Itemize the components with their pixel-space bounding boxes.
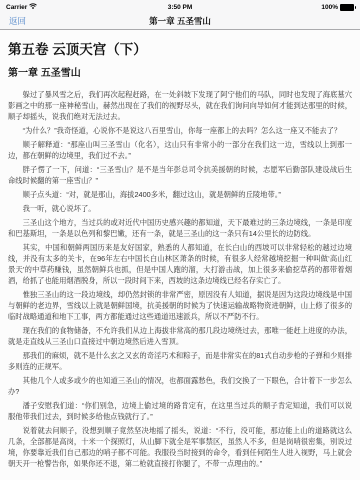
status-bar: Carrier 3:50 PM 100%: [0, 0, 360, 14]
reader-app-screen: Carrier 3:50 PM 100% 返回 第一章 五圣雪山 第五卷 云顶: [0, 0, 360, 480]
paragraph: 顺子解释道：“那座山叫三圣雪山（化名），这山只有非常小的一部分在我们这一边，雪线…: [8, 139, 352, 161]
paragraph: 那我们的麻烦，就不是什么玄之又玄的奇淫巧术和粽子，而是非常实在的81式自动步枪的…: [8, 350, 352, 372]
reading-area[interactable]: 第五卷 云顶天宫（下） 第一章 五圣雪山 躲过了暴风雪之后，我们再次起程赶路，在…: [0, 30, 360, 469]
chapter-title: 第一章 五圣雪山: [8, 68, 352, 80]
volume-title: 第五卷 云顶天宫（下）: [8, 42, 352, 58]
paragraph: 三圣山这个地方，当过兵的或对近代中国历史感兴趣的都知道，天下最难过的三条边境线，…: [8, 217, 352, 239]
paragraph: 潘子安慰我们道：“你们别急，边境上偷过境的路肯定有，在这里当过兵的顺子肯定知道，…: [8, 400, 352, 422]
navigation-bar: 返回 第一章 五圣雪山: [0, 14, 360, 29]
paragraph: 其他几个人或多或少的也知道三圣山的情况，也都面露愁色，我们交换了一下眼色，合计着…: [8, 375, 352, 397]
top-bar: Carrier 3:50 PM 100% 返回 第一章 五圣雪山: [0, 0, 360, 30]
paragraph: 躲过了暴风雪之后，我们再次起程赶路，在一处斜坡下发现了阿宁他们的马队，同时也发现…: [8, 89, 352, 122]
paragraph: “为什么？”我奇怪道，心说你不是说这八百里雪山，你每一座都上的去吗？怎么这一座又…: [8, 125, 352, 136]
paragraph: 惟独三圣山的这一段边境线，却仍然封锁的非常严密，原因没有人知道，据说是因为这段边…: [8, 289, 352, 322]
paragraph: 胖子愣了一下，问道：“三圣雪山？是不是当年彭总司令抗美援朝的时候，志愿军后勤部队…: [8, 164, 352, 186]
paragraph: 我一听，就心说坏了。: [8, 203, 352, 214]
paragraph: 其实，中国和朝鲜两国历来是友好国家，熟悉的人都知道，在长白山的西坡可以非常轻松的…: [8, 242, 352, 286]
battery-icon: [340, 4, 354, 11]
clock-label: 3:50 PM: [0, 4, 360, 11]
paragraph: 现在我们的食物储备，不允许我们从边上海拔非常高的那几段边境绕过去，那唯一能赶上进…: [8, 325, 352, 347]
paragraph: 说着就去问顺子，没想到顺子竟然坚决地摇了摇头，说道：“不行，没可能，那边能上山的…: [8, 425, 352, 469]
page-title: 第一章 五圣雪山: [0, 14, 360, 29]
paragraph-list: 躲过了暴风雪之后，我们再次起程赶路，在一处斜坡下发现了阿宁他们的马队，同时也发现…: [8, 89, 352, 469]
paragraph: 顺子点头道：“对，就是那山，海拔2400多米，翻过这山，就是朝鲜的丘陵地带。”: [8, 189, 352, 200]
